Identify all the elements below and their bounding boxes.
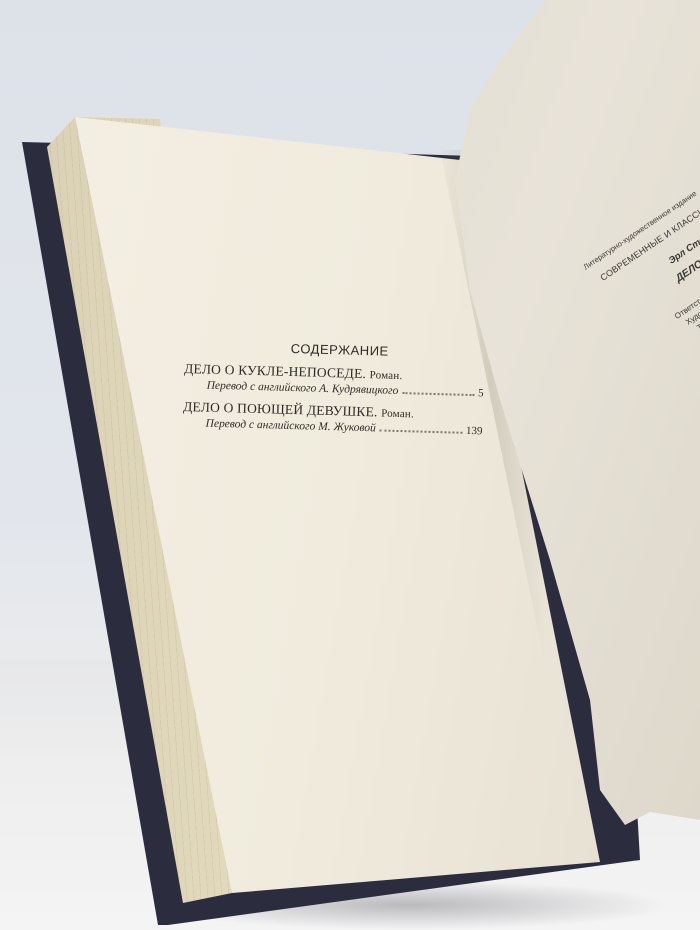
toc-heading: СОДЕРЖАНИЕ xyxy=(265,340,415,359)
dot-leader xyxy=(380,428,462,433)
toc-entry-kind: Роман. xyxy=(381,408,414,421)
dot-leader xyxy=(402,391,474,396)
toc-entry-page: 139 xyxy=(466,424,483,439)
toc-entry-page: 5 xyxy=(478,386,484,401)
toc-entry: ДЕЛО О ПОЮЩЕЙ ДЕВУШКЕ. Роман. Перевод с … xyxy=(182,399,483,439)
toc-entry-kind: Роман. xyxy=(369,369,402,382)
toc-entry: ДЕЛО О КУКЛЕ-НЕПОСЕДЕ. Роман. Перевод с … xyxy=(183,361,484,401)
table-of-contents: СОДЕРЖАНИЕ ДЕЛО О КУКЛЕ-НЕПОСЕДЕ. Роман.… xyxy=(182,338,485,445)
